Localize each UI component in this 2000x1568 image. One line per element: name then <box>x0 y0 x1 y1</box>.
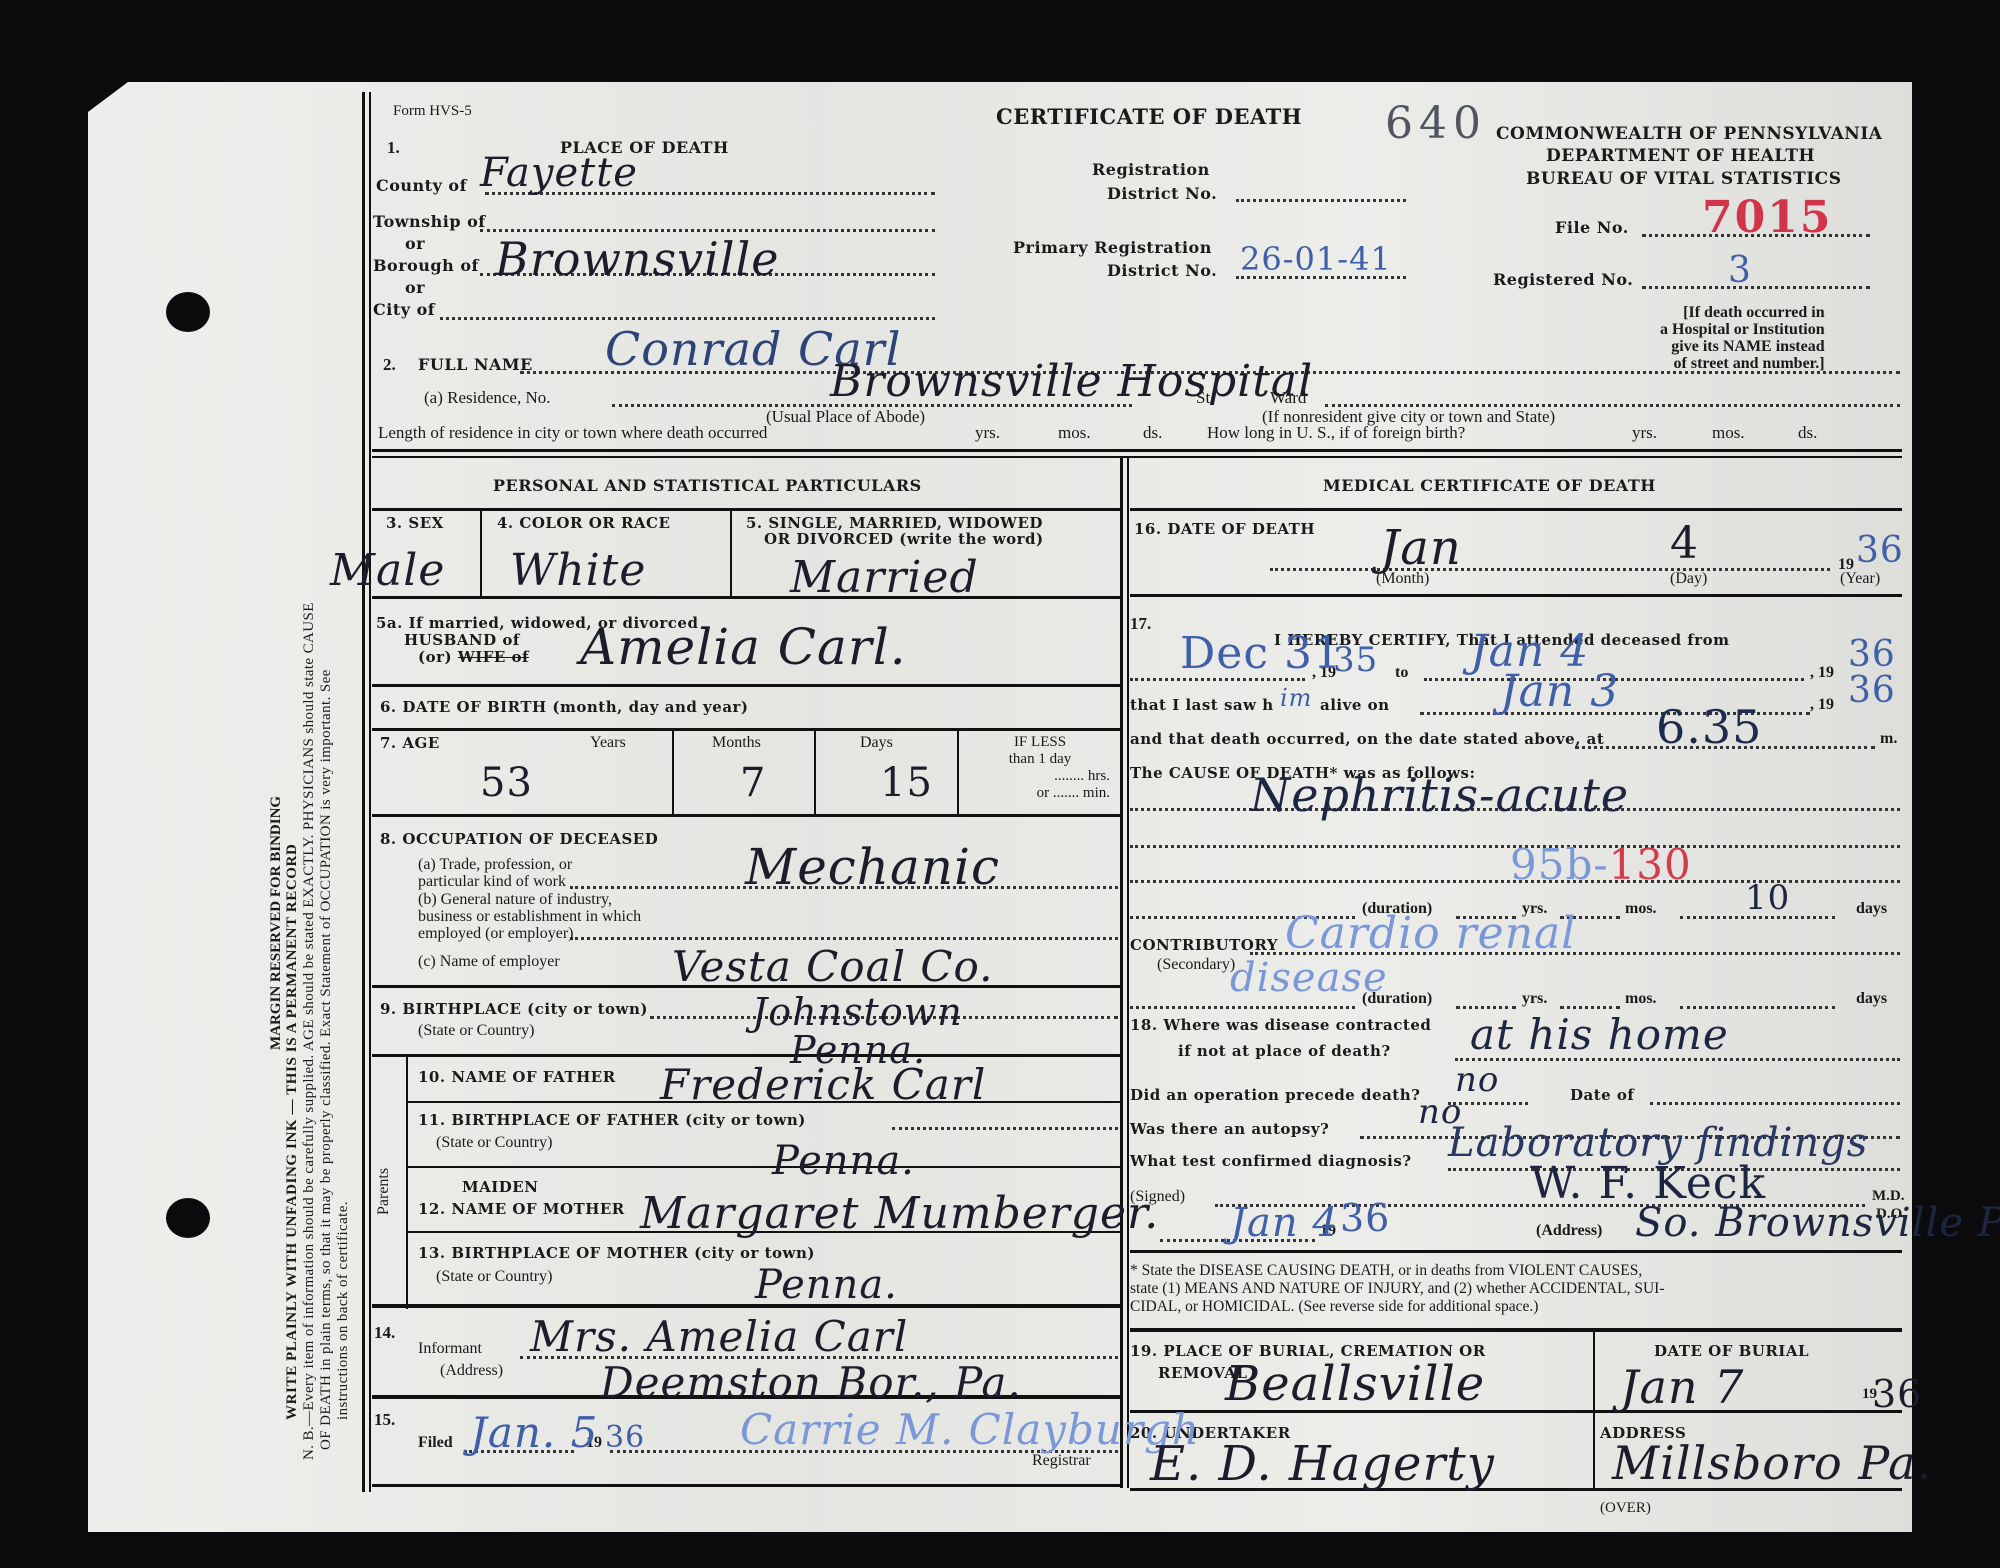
father-value: Frederick Carl <box>660 1060 986 1109</box>
marital-sublabel: OR DIVORCED (write the word) <box>764 530 1044 548</box>
informant-label: Informant <box>418 1340 482 1358</box>
rule <box>1130 594 1902 597</box>
last-saw-year-prefix: , 19 <box>1810 696 1834 714</box>
husband-label: HUSBAND of <box>404 631 520 649</box>
mother-label: 12. NAME OF MOTHER <box>418 1200 625 1218</box>
cell-divider <box>730 511 732 597</box>
employer-value: Vesta Coal Co. <box>672 942 993 991</box>
burial-year-value: 36 <box>1872 1372 1922 1416</box>
undertaker-value: E. D. Hagerty <box>1150 1436 1495 1492</box>
rule <box>372 1484 1120 1487</box>
rule <box>408 1166 1120 1168</box>
registered-no-label: Registered No. <box>1493 270 1633 289</box>
autopsy-label: Was there an autopsy? <box>1130 1120 1329 1138</box>
annotation-number: 640 <box>1385 98 1487 149</box>
punch-hole <box>166 1198 210 1238</box>
item-number: 17. <box>1130 614 1151 634</box>
contributory-value: Cardio renal <box>1285 908 1576 959</box>
mother-birthplace-value: Penna. <box>755 1262 898 1308</box>
margin-ink-note: WRITE PLAINLY WITH UNFADING INK — THIS I… <box>284 844 301 1420</box>
mos-label: mos. <box>1712 423 1745 443</box>
last-saw-label: that I last saw h <box>1130 696 1274 714</box>
marital-value: Married <box>790 552 979 603</box>
to-year-prefix: , 19 <box>1810 664 1834 682</box>
date-of-death-label: 16. DATE OF DEATH <box>1134 520 1315 538</box>
mos-label: mos. <box>1625 990 1657 1008</box>
age-months-value: 7 <box>740 760 766 806</box>
mos-label: mos. <box>1058 423 1091 443</box>
rule <box>1130 1250 1902 1253</box>
mother-birthplace-label: 13. BIRTHPLACE OF MOTHER (city or town) <box>418 1244 815 1262</box>
mother-value: Margaret Mumberger. <box>640 1188 1159 1239</box>
city-label: City of <box>373 300 435 319</box>
primary-district-number: 26-01-41 <box>1240 240 1392 278</box>
rule <box>372 596 1120 599</box>
or-text: or <box>405 278 425 297</box>
margin-nb-line1: N. B.—Every item of information should b… <box>301 602 318 1460</box>
item-number: 1. <box>387 138 400 158</box>
age-days-value: 15 <box>880 760 933 806</box>
over-label: (OVER) <box>1600 1500 1651 1517</box>
contracted-value: at his home <box>1470 1010 1729 1059</box>
death-time-label: and that death occurred, on the date sta… <box>1130 730 1604 748</box>
physician-address-label: (Address) <box>1536 1222 1602 1240</box>
informant-address-value: Deemston Bor., Pa. <box>600 1358 1022 1407</box>
occupation-label: 8. OCCUPATION OF DECEASED <box>380 830 658 848</box>
full-name-label: FULL NAME <box>418 355 533 374</box>
parents-bracket <box>406 1056 408 1309</box>
date-of-label: Date of <box>1570 1086 1634 1104</box>
year-label: (Year) <box>1840 570 1880 588</box>
form-number: Form HVS-5 <box>393 103 472 120</box>
registration-district-label: District No. <box>1107 184 1217 203</box>
county-value: Fayette <box>480 150 638 196</box>
cell-divider <box>957 731 959 815</box>
registered-number: 3 <box>1728 250 1752 291</box>
burial-place-value: Beallsville <box>1225 1356 1485 1412</box>
registration-label: Registration <box>1092 160 1210 179</box>
or-text: or <box>405 234 425 253</box>
parents-label: Parents <box>375 1168 393 1215</box>
border-left-outer <box>362 92 365 1492</box>
ds-label: ds. <box>1798 423 1817 443</box>
birthplace-sublabel: (State or Country) <box>418 1022 534 1040</box>
employer-label: (c) Name of employer <box>418 953 560 971</box>
death-time-value: 6.35 <box>1656 700 1762 754</box>
filed-year-value: 36 <box>605 1420 645 1455</box>
father-birthplace-label: 11. BIRTHPLACE OF FATHER (city or town) <box>418 1111 806 1129</box>
borough-value: Brownsville <box>495 232 779 286</box>
death-month-value: Jan <box>1380 520 1462 576</box>
days-label: days <box>1856 900 1887 918</box>
sex-value: Male <box>330 545 445 596</box>
yrs-label: yrs. <box>975 423 1000 443</box>
last-saw-him: im <box>1280 684 1312 712</box>
cell-divider <box>480 511 482 597</box>
primary-district-label: District No. <box>1107 261 1217 280</box>
father-label: 10. NAME OF FATHER <box>418 1068 616 1086</box>
contracted-sublabel: if not at place of death? <box>1178 1042 1391 1060</box>
mos-label: mos. <box>1625 900 1657 918</box>
agency-line3: BUREAU OF VITAL STATISTICS <box>1526 169 1841 189</box>
margin-nb-line2: OF DEATH in plain terms, so that it may … <box>318 669 335 1450</box>
rule <box>1130 508 1902 511</box>
days-label: days <box>1856 990 1887 1008</box>
sex-label: 3. SEX <box>386 514 444 532</box>
contributory-label: CONTRIBUTORY <box>1130 936 1278 954</box>
attended-from-value: Dec 31 <box>1180 628 1342 679</box>
cause-value: Nephritis-acute <box>1250 768 1629 822</box>
rule <box>372 508 1120 511</box>
ds-label: ds. <box>1143 423 1162 443</box>
cause-footnote: * State the DISEASE CAUSING DEATH, or in… <box>1130 1262 1664 1316</box>
rule <box>372 684 1120 687</box>
county-label: County of <box>376 176 467 195</box>
alive-on-label: alive on <box>1320 696 1390 714</box>
section-divider <box>372 456 1902 458</box>
cause-code: 95b-130 <box>1510 840 1692 889</box>
to-label: to <box>1395 664 1408 682</box>
medical-heading: MEDICAL CERTIFICATE OF DEATH <box>1323 476 1656 495</box>
abode-label: (Usual Place of Abode) <box>766 407 925 427</box>
column-divider <box>1120 458 1123 1488</box>
age-label: 7. AGE <box>380 734 440 752</box>
attended-to-year-value: 36 <box>1848 634 1896 675</box>
trade-label: (a) Trade, profession, or particular kin… <box>418 856 572 890</box>
attended-from-year-value: 35 <box>1333 640 1378 680</box>
last-saw-date-value: Jan 3 <box>1500 666 1619 717</box>
burial-date-value: Jan 7 <box>1620 1360 1744 1414</box>
date-of-birth-label: 6. DATE OF BIRTH (month, day and year) <box>380 698 749 716</box>
informant-value: Mrs. Amelia Carl <box>530 1312 908 1361</box>
file-number-stamp: 7015 <box>1702 192 1832 243</box>
physician-address-value: So. Brownsville Pa. <box>1635 1200 2000 1246</box>
industry-label: (b) General nature of industry, business… <box>418 891 641 942</box>
margin-nb-line3: instructions on back of certificate. <box>335 1201 352 1420</box>
yrs-label: yrs. <box>1632 423 1657 443</box>
days-label: Days <box>860 734 893 752</box>
cell-divider <box>814 731 816 815</box>
signed-year-value: 36 <box>1340 1196 1390 1240</box>
township-label: Township of <box>373 212 486 231</box>
birthplace-label: 9. BIRTHPLACE (city or town) <box>380 1000 648 1018</box>
spouse-value: Amelia Carl. <box>580 618 907 676</box>
months-label: Months <box>712 734 761 752</box>
registrar-label: Registrar <box>1032 1452 1091 1470</box>
item-number: 2. <box>383 355 396 375</box>
secondary-label: (Secondary) <box>1157 956 1235 974</box>
race-label: 4. COLOR OR RACE <box>497 514 670 532</box>
less-than-day-label: IF LESS than 1 day ........ hrs. or ....… <box>970 734 1110 802</box>
informant-address-label: (Address) <box>440 1362 503 1380</box>
filed-date-value: Jan. 5 <box>470 1408 598 1457</box>
registrar-signature: Carrie M. Clayburgh <box>740 1405 1200 1454</box>
yrs-label: yrs. <box>1522 990 1547 1008</box>
operation-label: Did an operation precede death? <box>1130 1086 1420 1104</box>
death-day-value: 4 <box>1670 518 1699 569</box>
agency-line1: COMMONWEALTH OF PENNSYLVANIA <box>1496 124 1882 144</box>
signed-date-value: Jan 4 <box>1230 1200 1339 1246</box>
test-label: What test confirmed diagnosis? <box>1130 1152 1412 1170</box>
mother-birthplace-sublabel: (State or Country) <box>436 1268 552 1286</box>
length-of-residence-label: Length of residence in city or town wher… <box>378 423 767 443</box>
residence-label: (a) Residence, No. <box>424 388 551 408</box>
hospital-note: [If death occurred in a Hospital or Inst… <box>1660 304 1825 372</box>
residence-value: Brownsville Hospital <box>830 356 1313 407</box>
occupation-value: Mechanic <box>745 838 1000 896</box>
margin-binding-note: MARGIN RESERVED FOR BINDING <box>268 796 285 1050</box>
file-no-label: File No. <box>1555 218 1629 237</box>
rule <box>372 814 1120 817</box>
primary-registration-label: Primary Registration <box>1013 238 1212 257</box>
race-value: White <box>510 545 646 596</box>
foreign-birth-label: How long in U. S., if of foreign birth? <box>1207 423 1465 443</box>
border-left-inner <box>369 92 371 1492</box>
certificate-title: CERTIFICATE OF DEATH <box>996 104 1302 129</box>
wife-label: (or) WIFE of <box>418 648 529 666</box>
item-number: 15. <box>374 1410 395 1430</box>
maiden-label: MAIDEN <box>462 1178 538 1196</box>
item-number: 14. <box>374 1323 395 1343</box>
m-label: m. <box>1880 730 1897 748</box>
contributory-value-2: disease <box>1230 955 1388 1001</box>
rule <box>372 1304 1120 1308</box>
rule <box>372 1054 1120 1057</box>
father-birthplace-value: Penna. <box>772 1138 915 1184</box>
personal-heading: PERSONAL AND STATISTICAL PARTICULARS <box>493 476 922 495</box>
rule <box>1130 1328 1902 1332</box>
years-label: Years <box>590 734 626 752</box>
section-divider <box>372 449 1902 452</box>
filed-label: Filed <box>418 1434 453 1452</box>
contracted-label: 18. Where was disease contracted <box>1130 1016 1431 1034</box>
age-years-value: 53 <box>480 760 533 806</box>
last-saw-year-value: 36 <box>1848 670 1896 711</box>
duration-days-value: 10 <box>1745 878 1790 918</box>
day-label: (Day) <box>1670 570 1707 588</box>
death-year-value: 36 <box>1856 530 1904 571</box>
borough-label: Borough of <box>373 256 479 275</box>
column-divider <box>1127 458 1129 1488</box>
punch-hole <box>166 292 210 332</box>
burial-date-label: DATE OF BURIAL <box>1654 1342 1809 1360</box>
rule <box>372 728 1120 731</box>
undertaker-address-value: Millsboro Pa. <box>1612 1436 1932 1490</box>
cell-divider <box>672 731 674 815</box>
father-birthplace-sublabel: (State or Country) <box>436 1134 552 1152</box>
agency-line2: DEPARTMENT OF HEALTH <box>1546 146 1815 166</box>
